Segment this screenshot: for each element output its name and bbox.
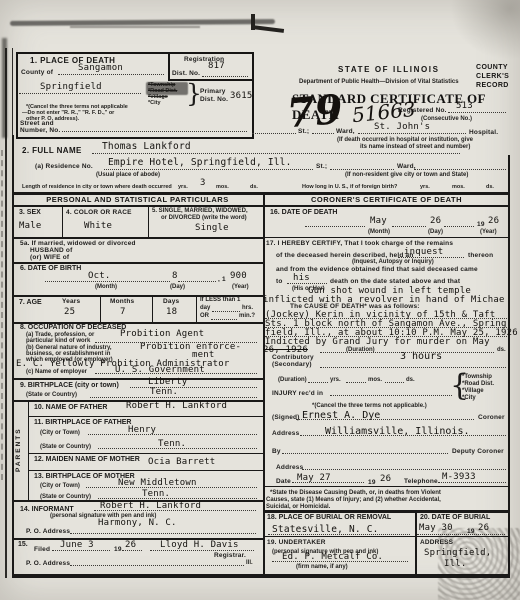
coroner-label: Coroner	[478, 414, 505, 421]
burial-year-value: 26	[478, 524, 489, 534]
st-label: St.;	[298, 128, 309, 135]
dob-label: 6. DATE OF BIRTH	[20, 265, 81, 273]
dob-month-sub: (Month)	[95, 284, 117, 291]
coroner-year-value: 26	[380, 475, 391, 485]
footnote-line-3: Suicidal, or Homicidal.	[266, 504, 330, 511]
duration-note-1: (Duration)	[346, 347, 375, 354]
age-hrs-label: hrs.	[242, 305, 253, 312]
registration-dist-no: 817	[208, 62, 225, 72]
dotted-leader	[300, 435, 506, 436]
length-ds-label: ds.	[250, 184, 258, 191]
dotted-leader	[346, 382, 366, 383]
dotted-leader	[88, 434, 257, 435]
dotted-leader	[320, 367, 506, 368]
abode-note: (Usual place of abode)	[96, 172, 160, 179]
us-yrs-label: yrs.	[420, 184, 430, 191]
right-section-header: CORONER'S CERTIFICATE OF DEATH	[265, 195, 508, 204]
ward-label: Ward,	[336, 128, 355, 135]
rule-l7	[28, 416, 264, 417]
rule-l2	[12, 262, 264, 264]
rule-l1	[12, 237, 264, 239]
filed-label: Filed	[34, 546, 50, 553]
state-title: STATE OF ILLINOIS	[338, 66, 440, 75]
sex-divider-2	[148, 205, 149, 237]
residence-ward-label: Ward,	[397, 163, 416, 170]
item5a-line3: (or) WIFE of	[30, 254, 69, 261]
dob-year-printed: , 1	[218, 276, 226, 283]
dotted-leader	[211, 319, 237, 320]
dotted-leader	[70, 533, 256, 534]
birthplace-label: 9. BIRTHPLACE (city or town)	[20, 382, 119, 390]
filed-number: 15.	[18, 541, 28, 549]
occupation-a-value: Probition Agent	[120, 330, 204, 340]
coroner-year-printed: 19	[368, 479, 376, 486]
date-label: Date	[276, 478, 291, 485]
scan-smudge-top-2	[70, 26, 200, 28]
length-yrs-label: yrs.	[178, 184, 188, 191]
parents-divider	[28, 400, 29, 500]
mother-maiden-label: 12. MAIDEN NAME OF MOTHER	[34, 456, 140, 464]
dotted-leader	[330, 395, 452, 396]
age-months-header: Months	[110, 298, 134, 305]
dotted-leader	[122, 550, 142, 551]
informant-po-value: Harmony, N. C.	[98, 519, 177, 529]
registrar-label: Registrar.	[214, 552, 246, 559]
left-margin-ticks	[1, 150, 3, 480]
dotted-leader	[268, 534, 410, 535]
dotted-leader	[104, 169, 313, 170]
term-city: *City	[148, 100, 161, 107]
duration-mos: mos.	[368, 377, 382, 384]
signed-label: (Signed)	[272, 414, 300, 421]
dotted-leader	[296, 419, 474, 420]
dotted-leader	[95, 373, 257, 374]
death-day-sub: (Day)	[428, 229, 443, 236]
dotted-leader	[385, 382, 404, 383]
rule-r4	[263, 536, 510, 537]
deputy-address-label: Address	[276, 464, 303, 471]
dotted-leader	[438, 482, 506, 483]
primary-dist-no: 3615	[230, 92, 252, 102]
informant-po-label: P. O. Address	[26, 528, 70, 535]
dotted-leader	[150, 550, 254, 551]
left-section-header: PERSONAL AND STATISTICAL PARTICULARS	[12, 195, 263, 204]
contributory-value: 3 hours	[400, 351, 442, 362]
undertaker-label: 19. UNDERTAKER	[267, 539, 326, 546]
length-residence-label: Length of residence in city or town wher…	[22, 184, 172, 191]
thereon-label: thereon	[468, 252, 493, 259]
dotted-leader	[398, 257, 464, 258]
registered-no-label: Registered No.	[398, 107, 447, 114]
dotted-leader	[330, 169, 394, 170]
primary-dist-label: Dist. No.	[200, 96, 228, 103]
dob-day: 8	[172, 272, 178, 282]
secondary-label: (Secondary)	[272, 361, 312, 368]
dotted-leader	[212, 311, 240, 312]
county-value: Sangamon	[78, 64, 123, 74]
father-name-value: Robert H. Lankford	[126, 402, 227, 412]
dotted-leader	[417, 534, 505, 535]
father-name-label: 10. NAME OF FATHER	[34, 404, 107, 412]
registered-no-value: 513	[456, 102, 473, 112]
scan-wash-top-right	[450, 0, 520, 60]
marital-label-2: or DIVORCED (write the word)	[161, 215, 247, 222]
to-label: to	[276, 278, 283, 285]
death-day: 26	[430, 217, 441, 227]
dotted-leader	[292, 482, 364, 483]
age-min-label: min.?	[239, 313, 255, 320]
occupation-b-value-1: Probition enforce-	[140, 343, 241, 353]
age-years-value: 25	[64, 308, 75, 318]
dotted-leader	[19, 93, 141, 94]
filed-year-printed: 19	[114, 546, 122, 553]
death-year-printed: 19	[477, 221, 485, 228]
death-month: May	[370, 217, 387, 227]
date-of-death-label: 16. DATE OF DEATH	[270, 209, 337, 217]
primary-label: Primary	[200, 88, 226, 95]
age-less-label: If LESS than 1	[200, 297, 240, 304]
dotted-leader	[282, 453, 448, 454]
undertaker-firm-note: (firm name, if any)	[296, 564, 348, 571]
duration-yrs: yrs.	[330, 377, 341, 384]
mother-maiden-value: Ocia Barrett	[148, 458, 215, 468]
hospital-note-2: its name instead of street and number)	[360, 144, 470, 151]
father-city-label: (City or Town)	[40, 430, 80, 437]
dotted-leader	[252, 133, 296, 134]
column-divider	[263, 192, 265, 576]
death-year: 26	[488, 217, 499, 227]
sex-label: 3. SEX	[19, 209, 41, 217]
dotted-leader	[448, 112, 506, 113]
death-year-sub: (Year)	[480, 229, 497, 236]
dob-year: 900	[230, 272, 247, 282]
scan-mark-hook-v	[251, 14, 255, 30]
duration-ds-2: ds.	[406, 377, 415, 384]
number-label: Number, No.	[20, 127, 60, 134]
scan-mark-hook	[252, 25, 284, 32]
length-value: 3	[200, 179, 206, 189]
us-length-label: How long in U. S., if of foreign birth?	[302, 184, 397, 191]
dotted-leader	[305, 226, 365, 227]
rule-l5	[12, 378, 264, 380]
age-years-header: Years	[62, 298, 80, 305]
city-value: Springfield	[40, 83, 102, 93]
residence-label: (a) Residence No.	[35, 163, 93, 170]
mother-city-label: (City or Town)	[40, 483, 80, 490]
age-divider-1	[100, 295, 101, 322]
dotted-leader	[86, 487, 257, 488]
occupation-label: 8. OCCUPATION OF DECEASED	[20, 324, 126, 332]
dotted-leader	[308, 382, 328, 383]
age-days-value: 18	[166, 308, 177, 318]
dotted-leader	[414, 169, 506, 170]
residence-value: Empire Hotel, Springfield, Ill.	[108, 158, 292, 168]
department-line: Department of Public Health—Division of …	[299, 79, 459, 86]
dotted-leader	[98, 448, 257, 449]
length-mos-label: mos.	[216, 184, 229, 191]
dob-day-sub: (Day)	[170, 284, 185, 291]
injury-term-city: *City	[462, 395, 476, 402]
scan-blotch-left	[2, 38, 7, 138]
age-divider-2	[152, 295, 153, 322]
undertaker-address-label: ADDRESS	[420, 539, 453, 546]
hospital-label: Hospital.	[469, 129, 498, 136]
dotted-leader	[287, 283, 327, 284]
burial-date-label: 20. DATE OF BURIAL	[420, 514, 490, 522]
dotted-leader	[58, 74, 164, 75]
dotted-leader	[98, 498, 257, 499]
telephone-label: Telephone	[404, 478, 438, 485]
dotted-leader	[202, 76, 248, 77]
age-or-label: OR	[200, 313, 209, 320]
dotted-leader	[178, 281, 216, 282]
age-label: 7. AGE	[19, 299, 42, 307]
burial-place-label: 18. PLACE OF BURIAL OR REMOVAL	[267, 514, 391, 522]
scribble-over-terms	[146, 82, 188, 95]
age-months-value: 7	[120, 308, 126, 318]
death-month-sub: (Month)	[368, 229, 390, 236]
burial-divider	[415, 510, 417, 574]
age-day-label: day	[200, 305, 210, 312]
parents-vertical-label: PARENTS	[15, 400, 22, 500]
dotted-leader	[272, 561, 408, 562]
rule-l8	[28, 453, 264, 454]
dotted-leader	[45, 281, 170, 282]
father-state-label: (State or Country)	[40, 444, 91, 451]
filed-po-label: P. O. Address	[26, 560, 70, 567]
rule-r1	[263, 237, 510, 238]
right-border	[508, 155, 510, 576]
certify-line-5: death on the date stated above and that	[330, 278, 460, 285]
marital-value: Single	[195, 224, 229, 234]
sex-divider-1	[62, 205, 63, 237]
dotted-leader	[444, 226, 474, 227]
dotted-leader	[312, 133, 334, 134]
by-label: By	[272, 448, 281, 455]
rule-l9	[28, 470, 264, 471]
county-clerks-record: COUNTY CLERK'S RECORD	[476, 63, 516, 90]
full-name-value: Thomas Lankford	[102, 142, 191, 152]
duration-note-2: (Duration)	[278, 377, 307, 384]
dotted-leader	[52, 550, 110, 551]
dotted-leader	[94, 510, 256, 511]
birthplace-state-label: (State or Country)	[26, 392, 77, 399]
race-value: White	[84, 222, 112, 232]
dotted-leader	[70, 565, 244, 566]
dotted-leader	[90, 397, 257, 398]
registration-dist-label: Dist. No.	[172, 70, 200, 77]
undertaker-address-2: Ill.	[444, 560, 466, 570]
hospital-name: St. John's	[374, 123, 430, 133]
band-rule-bottom	[12, 205, 510, 207]
rule-r2	[263, 486, 510, 487]
coroner-address-label: Address	[272, 430, 299, 437]
age-days-header: Days	[163, 298, 179, 305]
dotted-leader	[358, 133, 466, 134]
occupation-c-value: U. S. Government	[115, 366, 205, 376]
us-mos-label: mos.	[452, 184, 465, 191]
dotted-leader	[392, 226, 426, 227]
scan-smudge-top	[10, 19, 275, 26]
us-ds-label: ds.	[486, 184, 494, 191]
father-birthplace-label: 11. BIRTHPLACE OF FATHER	[34, 419, 132, 427]
residence-st-label: St.;	[316, 163, 327, 170]
scanned-death-certificate: 1. PLACE OF DEATH Registration Dist. No.…	[0, 0, 520, 600]
bottom-rule	[12, 574, 510, 578]
nonresident-note: (If non-resident give city or town and S…	[345, 172, 468, 179]
dotted-leader	[302, 469, 506, 470]
filed-po-end: Ill.	[246, 560, 253, 567]
deputy-coroner-label: Deputy Coroner	[452, 448, 504, 455]
full-name-label: 2. FULL NAME	[22, 147, 82, 156]
county-label: County of	[21, 69, 53, 76]
undertaker-address-1: Springfield,	[424, 549, 491, 559]
race-label: 4. COLOR OR RACE	[66, 209, 132, 216]
dob-year-sub: (Year)	[232, 284, 249, 291]
burial-date-value: May 30	[419, 524, 453, 534]
injury-label: INJURY rec'd in	[272, 390, 323, 397]
sex-value: Male	[19, 222, 41, 232]
occupation-c-label: (c) Name of employer	[26, 369, 87, 376]
dotted-leader	[92, 153, 460, 154]
mother-state-label: (State or Country)	[40, 494, 91, 501]
duration-ds-1: ds.	[497, 347, 506, 354]
dotted-leader	[62, 131, 247, 132]
age-divider-3	[196, 295, 197, 322]
